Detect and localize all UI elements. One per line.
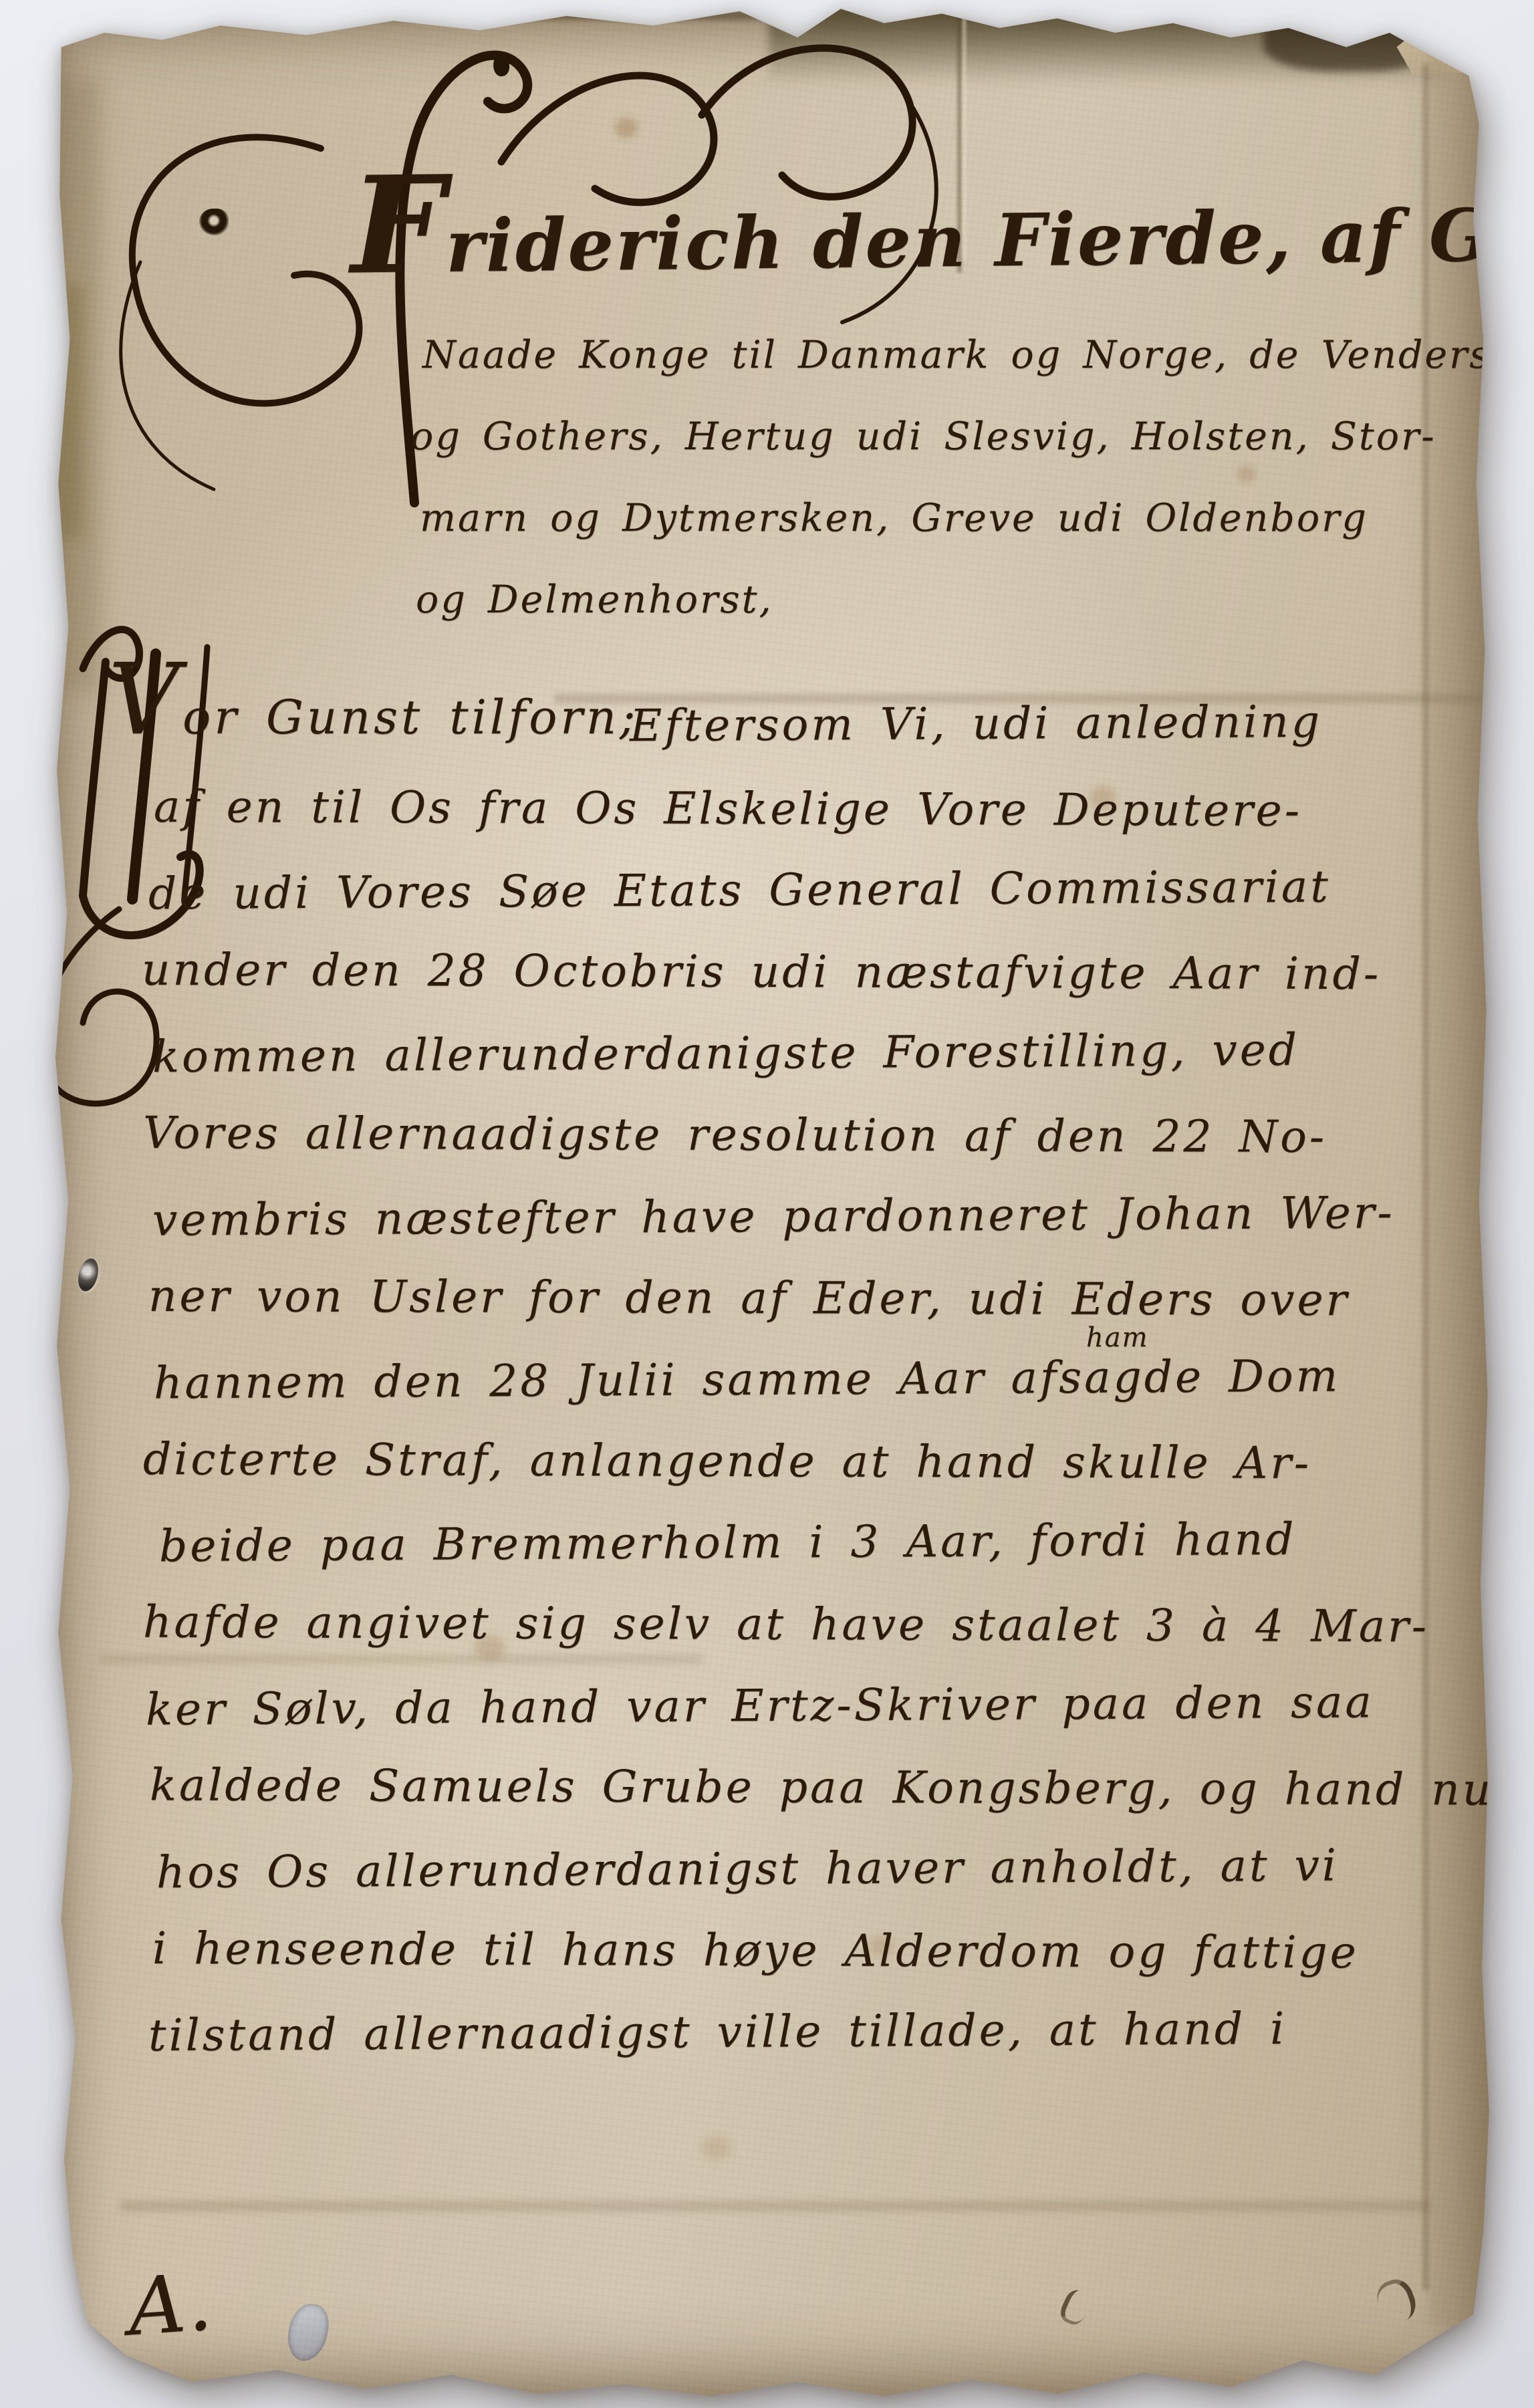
body-line: hafde angivet sig selv at have staalet 3…: [143, 1596, 1429, 1653]
manuscript-page-wrap: Friderich den Fierde, af Guds Naade Kong…: [0, 0, 1534, 2408]
registratur-mark: [1057, 2287, 1094, 2328]
fox-spot: [1090, 786, 1116, 809]
body-line: Vores allernaadigste resolution af den 2…: [143, 1107, 1327, 1163]
body-line: vembris næstefter have pardonneret Johan…: [152, 1187, 1395, 1245]
body-line: beide paa Bremmerholm i 3 Aar, fordi han…: [159, 1514, 1297, 1572]
paper-hole: [75, 1256, 101, 1293]
registratur-mark: [1372, 2275, 1421, 2328]
royal-title: Friderich den Fierde, af Guds: [350, 193, 1534, 290]
intitulatio-line: og Gothers, Hertug udi Slesvig, Holsten,…: [410, 414, 1436, 459]
fox-spot: [615, 118, 638, 138]
salutation-initial-flourish: [19, 595, 313, 1143]
left-margin-stain: [48, 78, 102, 693]
body-line: hannem den 28 Julii samme Aar afsagde Do…: [154, 1350, 1341, 1409]
torn-top-edge-shadow: [314, 11, 795, 20]
body-line: under den 28 Octobris udi næstafvigte Aa…: [142, 944, 1381, 999]
body-line: ner von Usler for den af Eder, udi Eders…: [148, 1270, 1350, 1326]
ink-dot: [491, 53, 511, 78]
title-initial-flourish: [40, 8, 1003, 516]
salutation: Vor Gunst tilforn;: [108, 690, 639, 745]
photo-backdrop: Friderich den Fierde, af Guds Naade Kong…: [0, 0, 1534, 2408]
ink-blot: [199, 209, 229, 235]
left-margin-stain: [43, 285, 83, 539]
torn-top-edge-shadow: [1263, 8, 1437, 72]
intitulatio-line: marn og Dytmersken, Greve udi Oldenborg: [420, 496, 1368, 540]
manuscript-page: Friderich den Fierde, af Guds Naade Kong…: [47, 4, 1491, 2399]
fold-crease: [100, 1655, 702, 1663]
body-line: kommen allerunderdanigste Forestilling, …: [152, 1024, 1299, 1082]
body-line: Eftersom Vi, udi anledning: [630, 696, 1322, 751]
corner-initial-mark: A.: [125, 2256, 216, 2354]
body-line: ker Sølv, da hand var Ertz-Skriver paa d…: [146, 1676, 1374, 1735]
interline-insertion: ham: [1086, 1322, 1149, 1353]
vertical-crack: [957, 5, 962, 273]
body-line: kaldede Samuels Grube paa Kongsberg, og …: [150, 1759, 1494, 1815]
intitulatio-line: og Delmenhorst,: [416, 578, 773, 622]
fox-spot: [1237, 465, 1257, 483]
body-line: de udi Vores Søe Etats General Commissar…: [148, 861, 1331, 920]
torn-top-edge-shadow: [769, 4, 1444, 84]
body-line: af en til Os fra Os Elskelige Vore Deput…: [154, 781, 1302, 836]
right-fold-line: [1422, 64, 1429, 2290]
body-line: hos Os allerunderdanigst haver anholdt, …: [156, 1840, 1339, 1899]
fox-spot: [702, 2137, 731, 2159]
vertical-crack-highlight: [963, 5, 966, 259]
body-line: tilstand allernaadigst ville tillade, at…: [148, 2003, 1287, 2061]
paper-hole: [285, 2301, 332, 2364]
body-line: i henseende til hans høye Alderdom og fa…: [152, 1923, 1359, 1978]
right-fold-strip: [1429, 51, 1491, 2324]
intitulatio-line: Naade Konge til Danmark og Norge, de Ven…: [422, 333, 1491, 377]
corner-flap: [1387, 8, 1481, 82]
fold-crease: [120, 2201, 1430, 2211]
fox-spot: [869, 1936, 893, 1956]
fox-spot: [475, 1635, 505, 1661]
fold-crease: [555, 694, 1484, 703]
body-line: dicterte Straf, anlangende at hand skull…: [143, 1433, 1311, 1489]
